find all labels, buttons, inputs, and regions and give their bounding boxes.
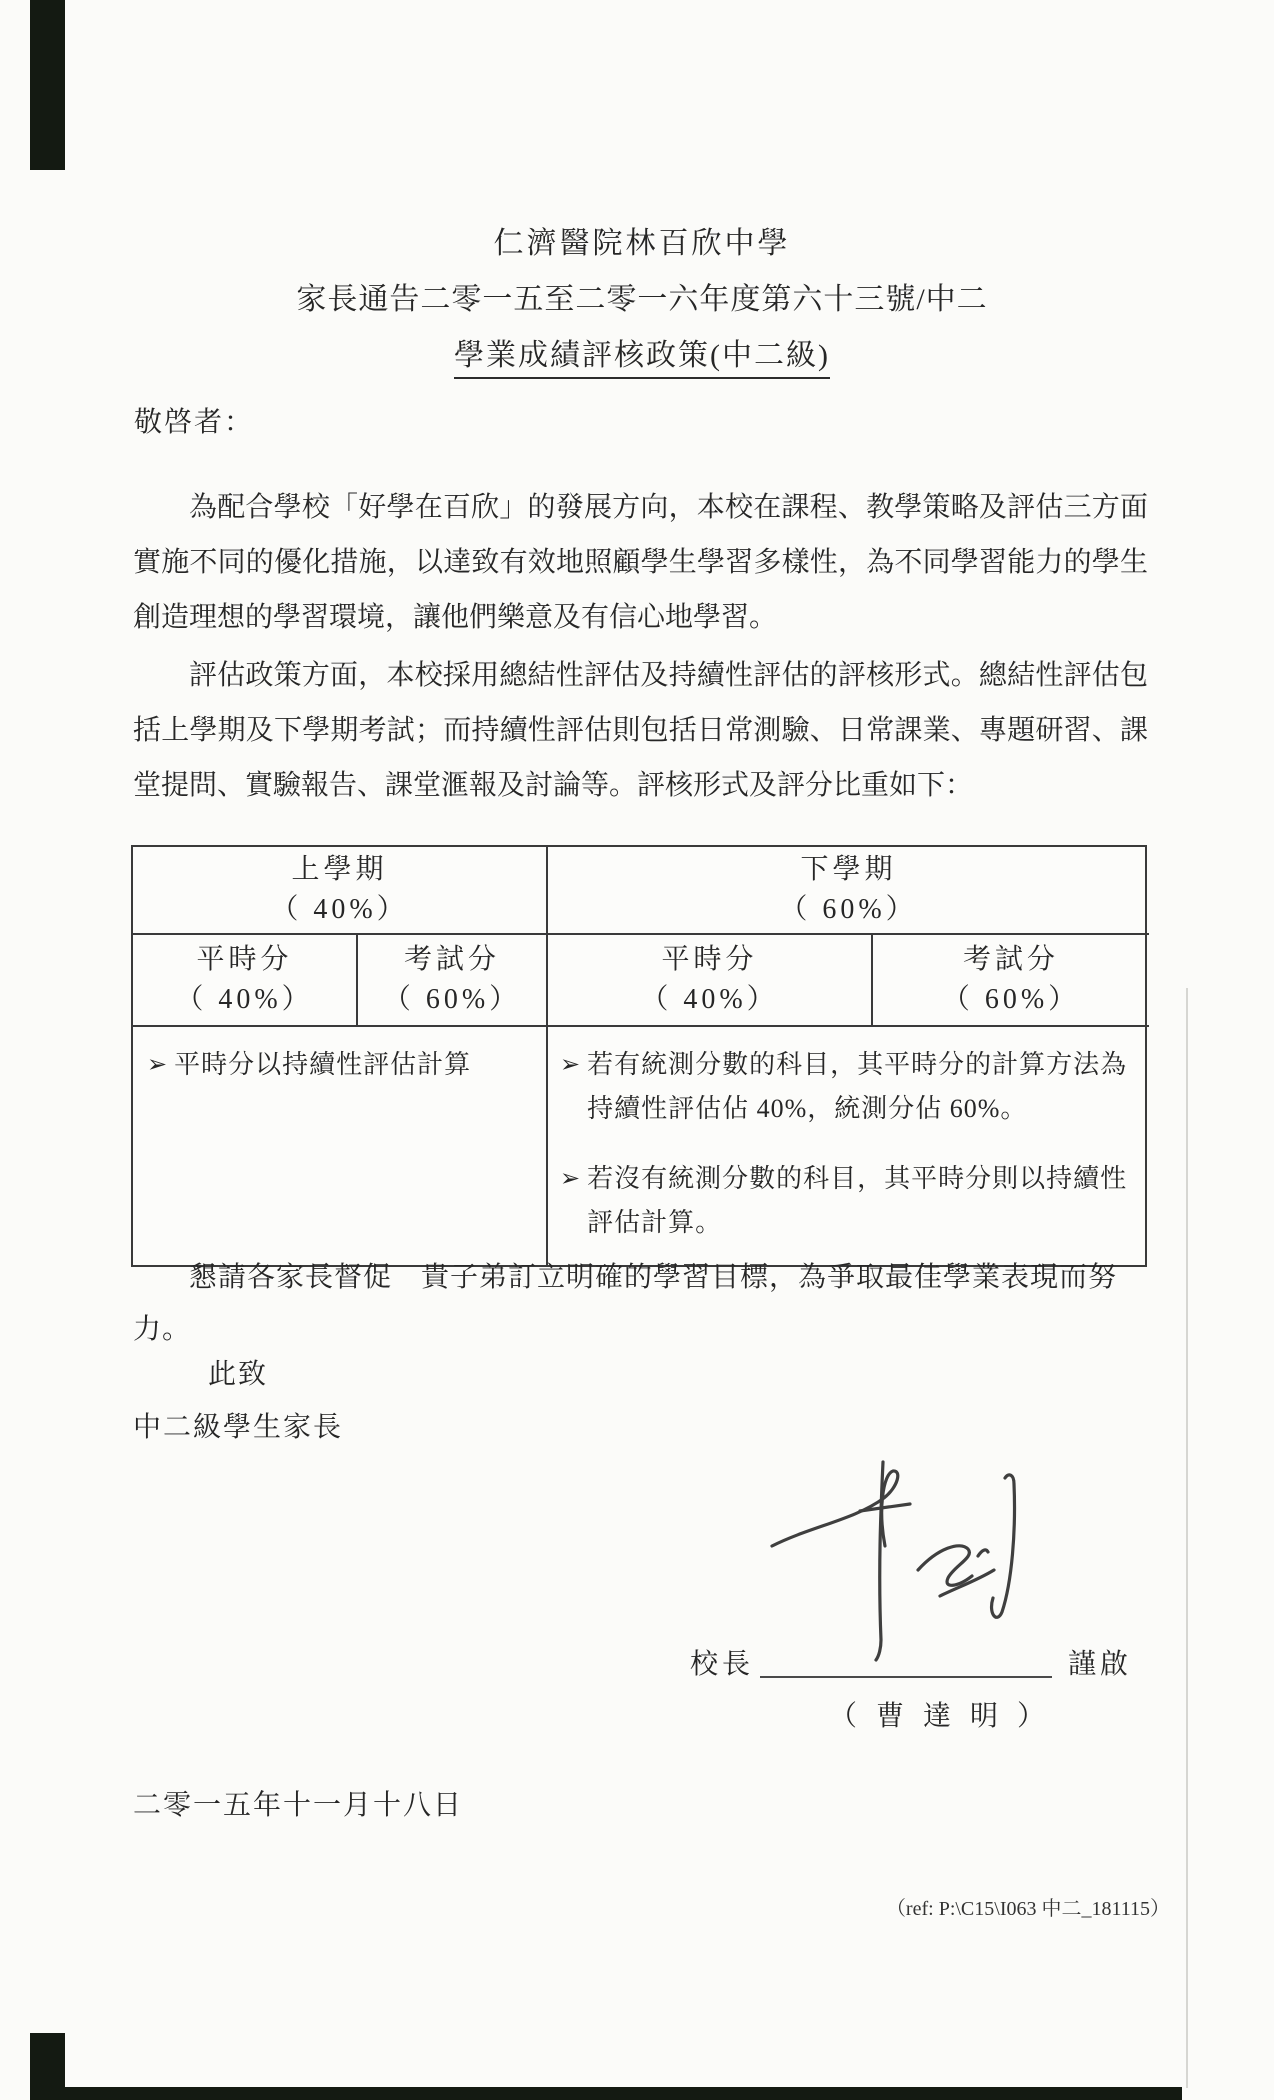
table-cell-term1-daily: 平時分 （ 40%）	[133, 935, 358, 1027]
respect-label: 謹啟	[1068, 1642, 1132, 1682]
paragraph-assessment-policy: 評估政策方面，本校採用總結性評估及持續性評估的評核形式。總結性評估包括上學期及下…	[133, 648, 1148, 813]
table-cell-term2: 下學期 （ 60%）	[548, 847, 1149, 935]
term1-title: 上學期	[291, 850, 387, 890]
farewell: 此致	[208, 1352, 268, 1392]
sub4-weight: （ 60%）	[942, 980, 1080, 1020]
addressee: 中二級學生家長	[133, 1405, 343, 1445]
principal-name: （ 曹 達 明 ）	[790, 1694, 1090, 1734]
notice-number-line: 家長通告二零一五至二零一六年度第六十三號/中二	[137, 274, 1147, 318]
sub2-title: 考試分	[404, 940, 500, 980]
scan-artifact-right-edge	[1186, 988, 1188, 2088]
arrow-bullet-icon: ➢	[147, 1043, 168, 1087]
table-cell-term1-exam: 考試分 （ 60%）	[358, 935, 548, 1027]
sub1-weight: （ 40%）	[175, 980, 313, 1020]
table-cell-term1: 上學期 （ 40%）	[133, 847, 548, 935]
term2-title: 下學期	[800, 850, 896, 890]
signature-line	[760, 1676, 1052, 1678]
sub4-title: 考試分	[963, 940, 1059, 980]
subject-title-wrap: 學業成績評核政策(中二級)	[137, 330, 1147, 379]
note-item: ➢ 平時分以持續性評估計算	[147, 1043, 471, 1087]
note-item: ➢ 若沒有統測分數的科目，其平時分則以持續性評估計算。	[560, 1157, 1139, 1245]
term1-weight: （ 40%）	[270, 890, 408, 930]
note-item: ➢ 若有統測分數的科目，其平時分的計算方法為持續性評估佔 40%，統測分佔 60…	[560, 1043, 1139, 1131]
sub2-weight: （ 60%）	[383, 980, 521, 1020]
note-text: 若有統測分數的科目，其平時分的計算方法為持續性評估佔 40%，統測分佔 60%。	[587, 1043, 1139, 1131]
scan-artifact-bottom-edge	[30, 2087, 1182, 2100]
assessment-weight-table: 上學期 （ 40%） 下學期 （ 60%） 平時分 （ 40%） 考試分 （ 6…	[131, 845, 1147, 1267]
sub3-weight: （ 40%）	[640, 980, 778, 1020]
note-text: 平時分以持續性評估計算	[174, 1043, 471, 1087]
salutation: 敬啓者：	[134, 400, 254, 440]
note-text: 若沒有統測分數的科目，其平時分則以持續性評估計算。	[587, 1157, 1139, 1245]
school-name: 仁濟醫院林百欣中學	[137, 218, 1147, 262]
sub3-title: 平時分	[661, 940, 757, 980]
scan-artifact-top-left	[30, 0, 65, 170]
table-cell-term2-daily: 平時分 （ 40%）	[548, 935, 873, 1027]
closing-appeal: 懇請各家長督促 貴子弟訂立明確的學習目標，為爭取最佳學業表現而努力。	[133, 1252, 1149, 1356]
principal-signature-image	[742, 1448, 1072, 1678]
notice-date: 二零一五年十一月十八日	[133, 1783, 463, 1823]
paragraph-school-development: 為配合學校「好學在百欣」的發展方向，本校在課程、教學策略及評估三方面實施不同的優…	[133, 480, 1148, 645]
table-cell-term2-exam: 考試分 （ 60%）	[873, 935, 1149, 1027]
principal-label: 校長	[690, 1642, 754, 1682]
term2-weight: （ 60%）	[779, 890, 917, 930]
arrow-bullet-icon: ➢	[560, 1043, 581, 1087]
sub1-title: 平時分	[196, 940, 292, 980]
arrow-bullet-icon: ➢	[560, 1157, 581, 1201]
table-note-right: ➢ 若有統測分數的科目，其平時分的計算方法為持續性評估佔 40%，統測分佔 60…	[548, 1027, 1149, 1265]
subject-title: 學業成績評核政策(中二級)	[454, 330, 830, 379]
table-note-left: ➢ 平時分以持續性評估計算	[133, 1027, 548, 1265]
reference-number: （ref: P:\C15\I063 中二_181115）	[840, 1892, 1170, 1921]
scanned-notice-page: 仁濟醫院林百欣中學 家長通告二零一五至二零一六年度第六十三號/中二 學業成績評核…	[0, 0, 1274, 2100]
